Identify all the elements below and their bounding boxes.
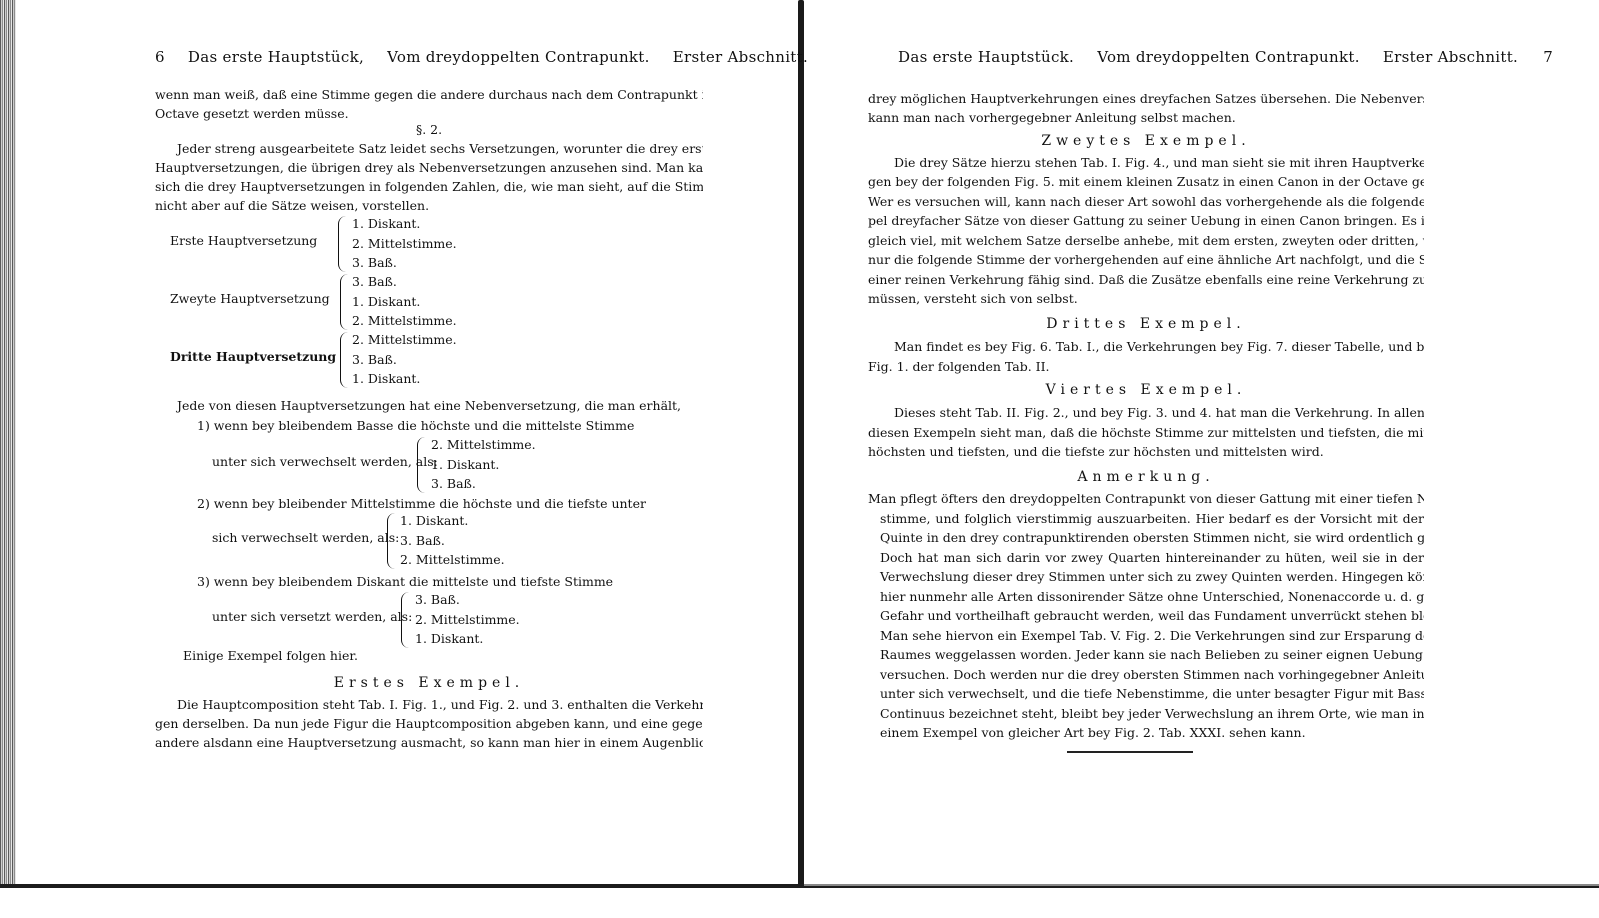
text-line: Jede von diesen Hauptversetzungen hat ei… [155,396,703,415]
chapter-title: Das erste Hauptstück. [898,48,1074,66]
text-line: Fig. 1. der folgenden Tab. II. [868,357,1424,376]
text-line: stimme, und folglich vierstimmig auszuar… [868,509,1424,528]
nebenversetzung-label: unter sich verwechselt werden, als: [212,454,438,469]
voice-item: 3. Baß. [352,272,457,292]
text-line: hier nunmehr alle Arten dissonirender Sä… [868,587,1424,606]
voice-item: 1. Diskant. [352,214,457,234]
voice-item: 3. Baß. [352,253,457,273]
text-line: einer reinen Verkehrung fähig sind. Daß … [868,270,1424,289]
voice-item: 1. Diskant. [352,292,457,312]
subject-title: Vom dreydoppelten Contrapunkt. [387,48,650,66]
brace-icon [417,437,426,493]
annotation-heading: Anmerkung. [868,468,1424,487]
example-heading: Erstes Exempel. [155,674,703,693]
text-line: versuchen. Doch werden nur die drey ober… [868,665,1424,684]
end-rule [1067,751,1193,753]
text-line: Gefahr und vortheilhaft gebraucht werden… [868,606,1424,625]
brace-icon [387,513,396,569]
text-line: unter sich verwechselt, und die tiefe Ne… [868,684,1424,703]
voice-item: 2. Mittelstimme. [431,435,536,455]
book-gutter [798,0,804,890]
text-line: Man pflegt öfters den dreydoppelten Cont… [868,489,1424,508]
running-head: Das erste Hauptstück. Vom dreydoppelten … [868,48,1424,66]
section-title: Erster Abschnitt. [1383,48,1518,66]
voice-item: 2. Mittelstimme. [352,330,457,350]
nebenversetzung-3: unter sich versetzt werden, als: 3. Baß.… [155,590,605,650]
scan-bottom-edge-right [804,884,1599,886]
text-line: Jeder streng ausgearbeitete Satz leidet … [155,139,703,158]
text-line: diesen Exempeln sieht man, daß die höchs… [868,423,1424,442]
subject-title: Vom dreydoppelten Contrapunkt. [1097,48,1360,66]
chapter-title: Das erste Hauptstück, [188,48,364,66]
text-line: Continuus bezeichnet steht, bleibt bey j… [868,704,1424,723]
right-page: Das erste Hauptstück. Vom dreydoppelten … [868,0,1424,880]
text-line: Hauptversetzungen, die übrigen drey als … [155,158,703,177]
text-line: nicht aber auf die Sätze weisen, vorstel… [155,196,703,215]
section-title: Erster Abschnitt. [673,48,808,66]
voice-item: 1. Diskant. [352,369,457,389]
hauptversetzung-label: Dritte Hauptversetzung [170,349,336,364]
example-heading: Zweytes Exempel. [868,132,1424,151]
text-line: pel dreyfacher Sätze von dieser Gattung … [868,211,1424,230]
text-line: gleich viel, mit welchem Satze derselbe … [868,231,1424,250]
voice-item: 2. Mittelstimme. [352,234,457,254]
text-line: Quinte in den drey contrapunktirenden ob… [868,528,1424,547]
hauptversetzung-label: Erste Hauptversetzung [170,233,317,248]
voice-item: 3. Baß. [400,531,505,551]
text-line: höchsten und tiefsten, und die tiefste z… [868,442,1424,461]
text-line: Man sehe hiervon ein Exempel Tab. V. Fig… [868,626,1424,645]
example-heading: Drittes Exempel. [868,315,1424,334]
nebenversetzung-1: unter sich verwechselt werden, als: 2. M… [155,435,605,495]
text-line: Raumes weggelassen worden. Jeder kann si… [868,645,1424,664]
text-line: Die drey Sätze hierzu stehen Tab. I. Fig… [868,153,1424,172]
page-number: 6 [155,48,165,66]
page-stack-edge [0,0,16,885]
text-line: gen derselben. Da nun jede Figur die Hau… [155,714,703,733]
condition-line: 1) wenn bey bleibendem Basse die höchste… [155,416,703,435]
nebenversetzung-label: unter sich versetzt werden, als: [212,609,412,624]
brace-icon [340,332,349,388]
text-line: Wer es versuchen will, kann nach dieser … [868,192,1424,211]
voice-item: 1. Diskant. [400,511,505,531]
text-line: Einige Exempel folgen hier. [155,646,703,665]
hauptversetzung-label: Zweyte Hauptversetzung [170,291,330,306]
brace-icon [340,274,349,330]
running-head: 6 Das erste Hauptstück, Vom dreydoppelte… [155,48,703,66]
hauptversetzung-1: Erste Hauptversetzung 1. Diskant. 2. Mit… [155,214,555,274]
text-line: kann man nach vorhergegebner Anleitung s… [868,108,1424,127]
text-line: wenn man weiß, daß eine Stimme gegen die… [155,85,703,104]
voice-item: 3. Baß. [431,474,536,494]
text-line: einem Exempel von gleicher Art bey Fig. … [868,723,1424,742]
hauptversetzung-2: Zweyte Hauptversetzung 3. Baß. 1. Diskan… [155,272,555,332]
hauptversetzung-3: Dritte Hauptversetzung 2. Mittelstimme. … [155,330,555,390]
text-line: nur die folgende Stimme der vorhergehend… [868,250,1424,269]
brace-icon [338,216,347,272]
text-line: gen bey der folgenden Fig. 5. mit einem … [868,172,1424,191]
brace-icon [401,592,410,648]
text-line: drey möglichen Hauptverkehrungen eines d… [868,89,1424,108]
nebenversetzung-2: sich verwechselt werden, als: 1. Diskant… [155,511,605,571]
text-line: Dieses steht Tab. II. Fig. 2., und bey F… [868,403,1424,422]
nebenversetzung-label: sich verwechselt werden, als: [212,530,399,545]
page-number: 7 [1543,48,1553,66]
voice-item: 2. Mittelstimme. [352,311,457,331]
voice-item: 2. Mittelstimme. [400,550,505,570]
voice-item: 1. Diskant. [431,455,536,475]
text-line: müssen, versteht sich von selbst. [868,289,1424,308]
example-heading: Viertes Exempel. [868,381,1424,400]
text-line: Doch hat man sich darin vor zwey Quarten… [868,548,1424,567]
text-line: Die Hauptcomposition steht Tab. I. Fig. … [155,695,703,714]
section-mark: §. 2. [155,120,703,139]
voice-item: 2. Mittelstimme. [415,610,520,630]
voice-item: 3. Baß. [415,590,520,610]
text-line: sich die drey Hauptversetzungen in folge… [155,177,703,196]
condition-line: 3) wenn bey bleibendem Diskant die mitte… [155,572,703,591]
scan-margin [0,888,1599,918]
voice-item: 3. Baß. [352,350,457,370]
left-page: 6 Das erste Hauptstück, Vom dreydoppelte… [155,0,703,880]
text-line: Verwechslung dieser drey Stimmen unter s… [868,567,1424,586]
text-line: andere alsdann eine Hauptversetzung ausm… [155,733,703,752]
text-line: Man findet es bey Fig. 6. Tab. I., die V… [868,337,1424,356]
